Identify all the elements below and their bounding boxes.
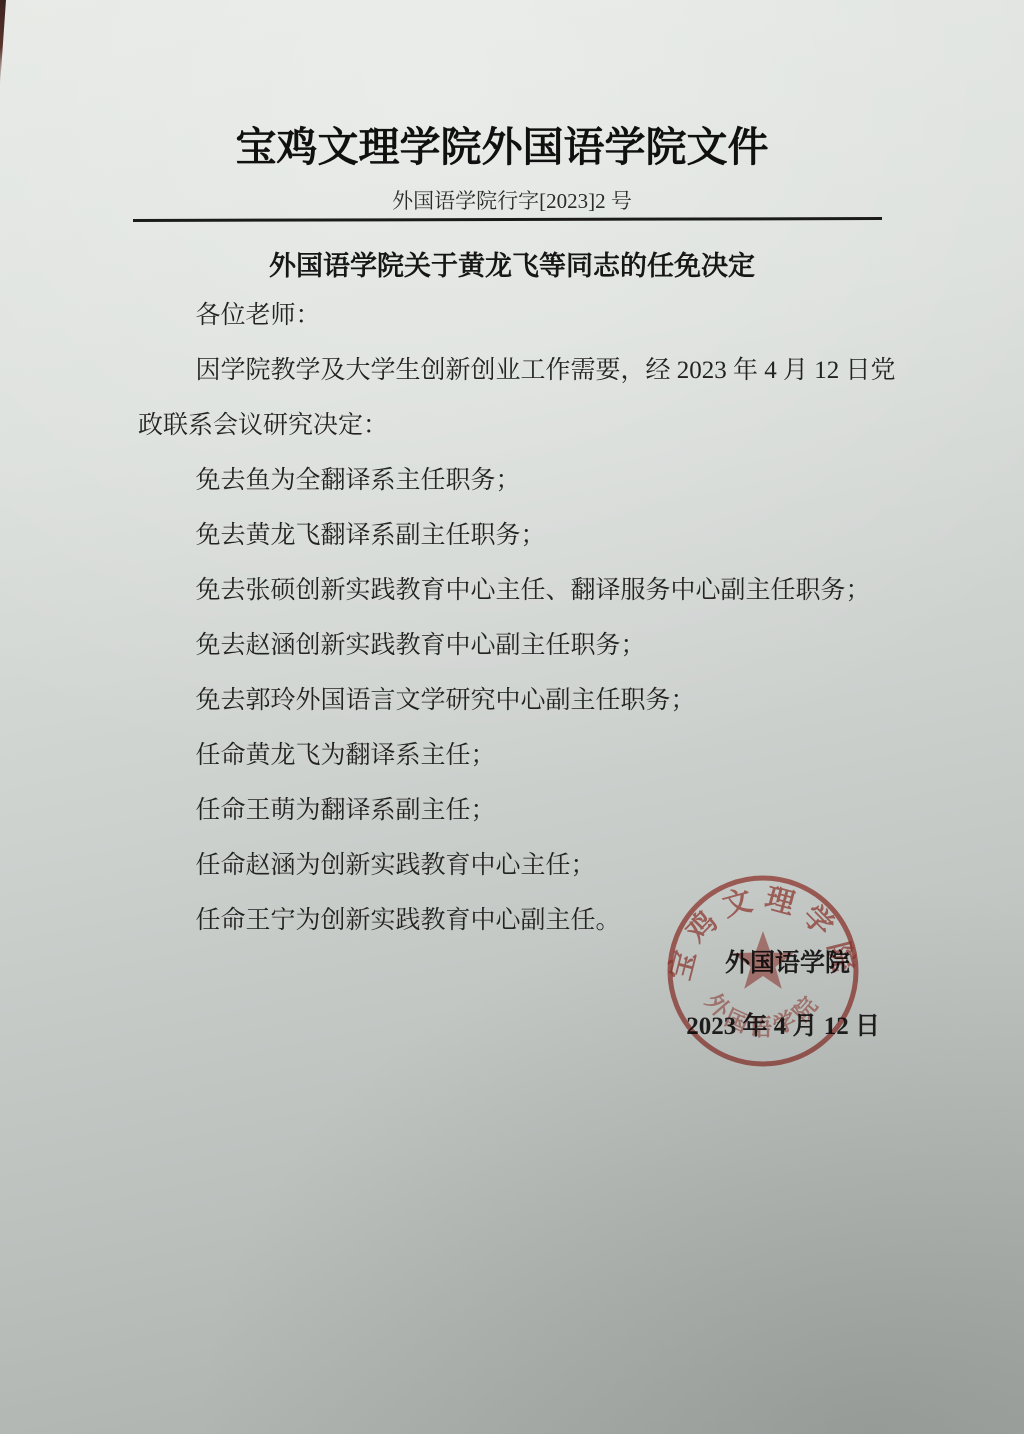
- body-line: 任命黄龙飞为翻译系主任；: [138, 728, 890, 783]
- document-subject: 外国语学院关于黄龙飞等同志的任免决定: [0, 244, 1024, 283]
- body-line: 免去赵涵创新实践教育中心副主任职务；: [138, 618, 890, 673]
- body-line: 任命王萌为翻译系副主任；: [138, 783, 890, 838]
- document-photo: 宝鸡文理学院外国语学院文件 外国语学院行字[2023]2 号 外国语学院关于黄龙…: [0, 0, 1024, 1434]
- body-line: 免去鱼为全翻译系主任职务；: [138, 453, 890, 508]
- body-line: 各位老师：: [138, 288, 890, 343]
- signature-date: 2023 年 4 月 12 日: [686, 1006, 886, 1042]
- body-line: 免去黄龙飞翻译系副主任职务；: [138, 508, 890, 563]
- document-body: 各位老师：因学院教学及大学生创新创业工作需要，经 2023 年 4 月 12 日…: [138, 288, 890, 948]
- document-number: 外国语学院行字[2023]2 号: [0, 185, 1024, 215]
- body-line: 任命王宁为创新实践教育中心副主任。: [138, 893, 890, 948]
- body-line: 政联系会议研究决定：: [138, 398, 890, 453]
- body-line: 免去张硕创新实践教育中心主任、翻译服务中心副主任职务；: [138, 563, 890, 618]
- header-divider-line: [133, 217, 882, 222]
- background-corner: [0, 0, 6, 86]
- body-line: 免去郭玲外国语言文学研究中心副主任职务；: [138, 673, 890, 728]
- body-line: 任命赵涵为创新实践教育中心主任；: [138, 838, 890, 893]
- signature-name: 外国语学院: [725, 943, 886, 979]
- document-title: 宝鸡文理学院外国语学院文件: [0, 114, 1004, 173]
- body-line: 因学院教学及大学生创新创业工作需要，经 2023 年 4 月 12 日党: [138, 343, 890, 398]
